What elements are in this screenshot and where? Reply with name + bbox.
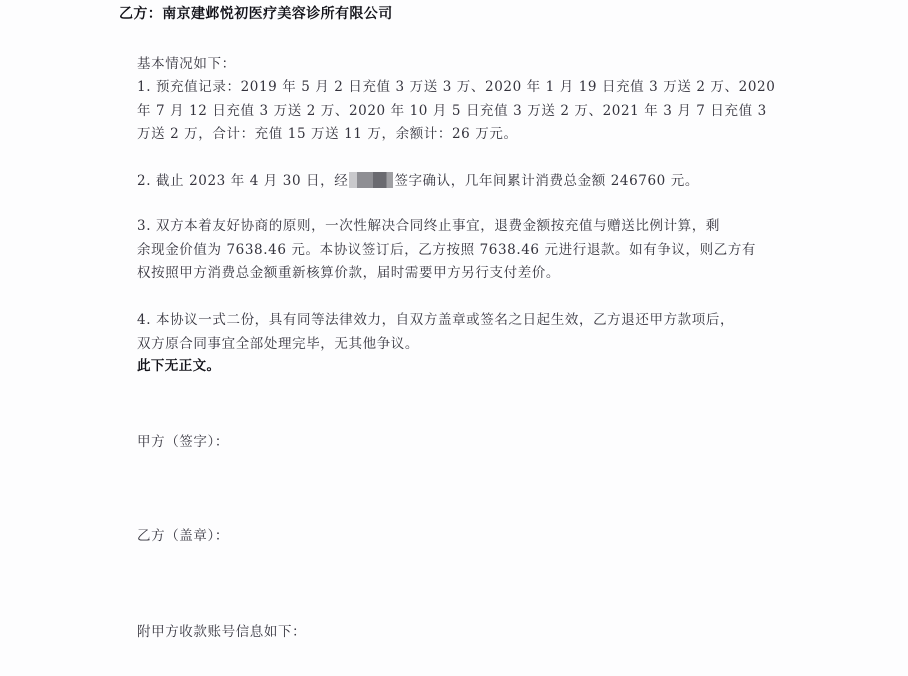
item-4-line-2: 双方原合同事宜全部处理完毕，无其他争议。 bbox=[137, 336, 419, 352]
party-b-seal-label: 乙方（盖章）： bbox=[137, 528, 229, 544]
item-2: 2. 截止 2023 年 4 月 30 日，经签字确认，几年间累计消费总金额 2… bbox=[137, 172, 699, 189]
party-a-signature-label: 甲方（签字）： bbox=[137, 434, 229, 450]
item-3-line-3: 权按照甲方消费总金额重新核算价款，届时需要甲方另行支付差价。 bbox=[137, 265, 560, 281]
party-b-header: 乙方：南京建邺悦初医疗美容诊所有限公司 bbox=[119, 6, 393, 22]
end-note: 此下无正文。 bbox=[137, 358, 220, 374]
item-1-line-1: 1. 预充值记录：2019 年 5 月 2 日充值 3 万送 3 万、2020 … bbox=[137, 79, 775, 95]
item-3-line-2: 余现金价值为 7638.46 元。本协议签订后，乙方按照 7638.46 元进行… bbox=[137, 242, 756, 258]
item-2-before-redaction: 2. 截止 2023 年 4 月 30 日，经 bbox=[137, 173, 348, 189]
item-1-line-3: 万送 2 万，合计：充值 15 万送 11 万，余额计：26 万元。 bbox=[137, 126, 518, 142]
account-info-heading: 附甲方收款账号信息如下： bbox=[137, 624, 306, 640]
document-page: 乙方：南京建邺悦初医疗美容诊所有限公司 基本情况如下： 1. 预充值记录：201… bbox=[0, 0, 908, 676]
item-4-line-1: 4. 本协议一式二份，具有同等法律效力，自双方盖章或签名之日起生效，乙方退还甲方… bbox=[137, 312, 734, 328]
item-2-after-redaction: 签字确认，几年间累计消费总金额 246760 元。 bbox=[394, 173, 699, 189]
item-3-line-1: 3. 双方本着友好协商的原则，一次性解决合同终止事宜，退费金额按充值与赠送比例计… bbox=[137, 218, 720, 234]
redacted-name-block bbox=[349, 172, 393, 188]
intro-heading: 基本情况如下： bbox=[137, 56, 236, 72]
item-1-line-2: 年 7 月 12 日充值 3 万送 2 万、2020 年 10 月 5 日充值 … bbox=[137, 103, 767, 119]
